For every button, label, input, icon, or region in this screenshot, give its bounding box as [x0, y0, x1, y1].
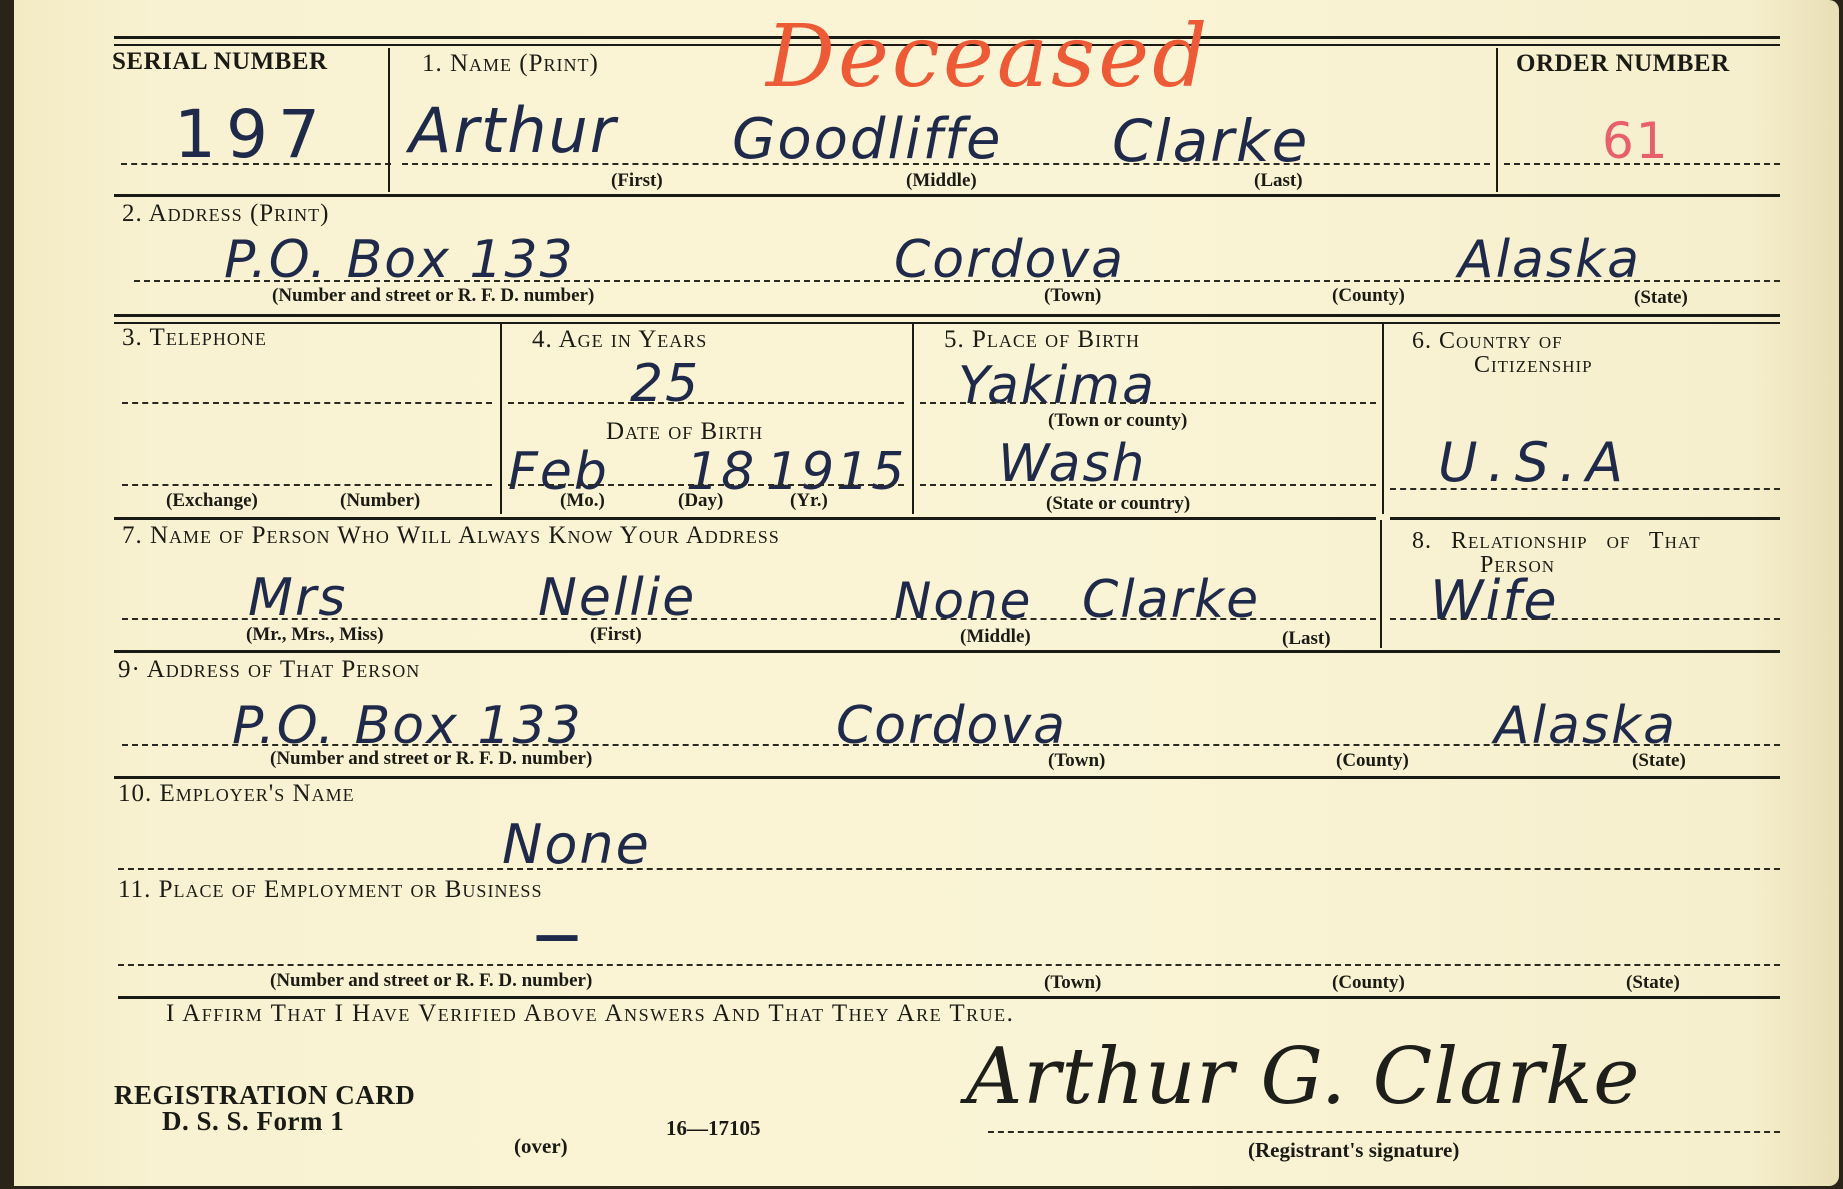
telephone-label: 3. Telephone	[122, 324, 267, 352]
dob-line	[508, 484, 904, 486]
contact-line	[122, 618, 1376, 620]
birthplace-town-line	[920, 402, 1376, 404]
serial-number-line	[121, 163, 391, 165]
birthplace-town-caption: (Town or county)	[1048, 410, 1187, 432]
order-number-label: ORDER NUMBER	[1516, 50, 1730, 78]
birthplace-label: 5. Place of Birth	[944, 326, 1140, 354]
contact-label: 7. Name of Person Who Will Always Know Y…	[122, 522, 780, 550]
employment-place-line	[118, 964, 1780, 966]
birthplace-town-value: Yakima	[958, 360, 1156, 412]
row7-bottom-rule	[118, 996, 1780, 999]
relationship-label-line1: 8. Relationship of That	[1412, 528, 1701, 555]
print-code: 16—17105	[666, 1116, 761, 1141]
telephone-number-caption: (Number)	[340, 490, 420, 512]
employment-place-label: 11. Place of Employment or Business	[118, 876, 542, 904]
dob-month-caption: (Mo.)	[560, 490, 605, 512]
serial-number-value: 197	[174, 102, 330, 168]
row2-bottom-rule	[114, 314, 1780, 317]
name-first-value: Arthur	[409, 100, 617, 162]
age-line	[508, 402, 904, 404]
contact-address-label: 9· Address of That Person	[118, 656, 420, 684]
age-label: 4. Age in Years	[532, 326, 707, 354]
name-middle-value: Goodliffe	[732, 112, 1002, 168]
employment-place-value: —	[534, 912, 582, 958]
employment-street-caption: (Number and street or R. F. D. number)	[270, 970, 592, 992]
name-last-caption: (Last)	[1254, 170, 1303, 192]
address-state-value: Alaska	[1458, 234, 1641, 286]
row4-bottom-rule	[114, 650, 1780, 653]
address-state-caption: (State)	[1634, 287, 1688, 309]
address-town-value: Cordova	[894, 234, 1125, 286]
contact-address-line	[122, 744, 1780, 746]
order-number-value: 61	[1602, 116, 1670, 166]
name-line	[402, 163, 1490, 165]
deceased-annotation: Deceased	[766, 14, 1210, 100]
citizenship-label-line2: Citizenship	[1474, 352, 1593, 379]
dob-day-caption: (Day)	[678, 490, 723, 512]
order-number-line	[1504, 163, 1780, 165]
row2-bottom-rule-inner	[114, 322, 1780, 324]
birthplace-state-caption: (State or country)	[1046, 493, 1190, 515]
row1-bottom-rule	[114, 194, 1780, 197]
telephone-line-1	[122, 402, 492, 404]
address-street-value: P.O. Box 133	[224, 234, 575, 286]
registration-card: SERIAL NUMBER 197 1. Name (Print) Arthur…	[14, 0, 1839, 1186]
telephone-age-divider	[500, 324, 502, 514]
address-county-caption: (County)	[1332, 285, 1405, 307]
name-first-caption: (First)	[611, 170, 663, 192]
employment-state-caption: (State)	[1626, 972, 1680, 994]
address-line	[134, 280, 1780, 282]
signature-line	[988, 1131, 1780, 1133]
telephone-exchange-caption: (Exchange)	[166, 490, 258, 512]
form-id: D. S. S. Form 1	[162, 1106, 344, 1137]
contact-last-caption: (Last)	[1282, 628, 1331, 650]
name-order-divider	[1496, 48, 1498, 192]
citizenship-label-line1: 6. Country of	[1412, 328, 1563, 355]
birthplace-state-line	[920, 484, 1376, 486]
dob-year-caption: (Yr.)	[790, 490, 828, 512]
name-last-value: Clarke	[1112, 112, 1309, 170]
name-label: 1. Name (Print)	[422, 50, 599, 78]
address-label: 2. Address (Print)	[122, 200, 330, 228]
relationship-line	[1390, 618, 1780, 620]
signature-caption: (Registrant's signature)	[1248, 1138, 1459, 1163]
row5-bottom-rule	[114, 776, 1780, 779]
citizenship-line	[1390, 488, 1780, 490]
employer-value: None	[502, 818, 651, 872]
contact-title-value: Mrs	[248, 572, 347, 624]
serial-number-label: SERIAL NUMBER	[112, 48, 328, 76]
registrant-signature: Arthur G. Clarke	[966, 1038, 1640, 1116]
contact-relationship-divider	[1380, 520, 1382, 648]
contact-address-street-caption: (Number and street or R. F. D. number)	[270, 748, 592, 770]
row3-bottom-rule	[114, 517, 1376, 520]
citizenship-value: U.S.A	[1438, 436, 1633, 490]
employer-line	[118, 868, 1780, 870]
employer-label: 10. Employer's Name	[118, 780, 355, 808]
employment-town-caption: (Town)	[1044, 972, 1101, 994]
row3-bottom-rule-right	[1390, 517, 1780, 520]
name-middle-caption: (Middle)	[906, 170, 977, 192]
contact-address-state-caption: (State)	[1632, 750, 1686, 772]
contact-address-county-caption: (County)	[1336, 750, 1409, 772]
employment-county-caption: (County)	[1332, 972, 1405, 994]
contact-address-town-caption: (Town)	[1048, 750, 1105, 772]
contact-first-caption: (First)	[590, 624, 642, 646]
dob-year-value: 1915	[766, 446, 906, 498]
contact-title-caption: (Mr., Mrs., Miss)	[246, 624, 384, 646]
telephone-line-2	[122, 484, 492, 486]
contact-middle-caption: (Middle)	[960, 626, 1031, 648]
age-birthplace-divider	[912, 324, 914, 514]
serial-name-divider	[388, 48, 390, 192]
over-label: (over)	[514, 1134, 568, 1159]
address-street-caption: (Number and street or R. F. D. number)	[272, 285, 594, 307]
address-town-caption: (Town)	[1044, 285, 1101, 307]
contact-first-value: Nellie	[538, 572, 696, 624]
birthplace-citizenship-divider	[1382, 324, 1384, 514]
affirmation-text: I Affirm That I Have Verified Above Answ…	[166, 1000, 1014, 1028]
birthplace-state-value: Wash	[998, 438, 1147, 490]
